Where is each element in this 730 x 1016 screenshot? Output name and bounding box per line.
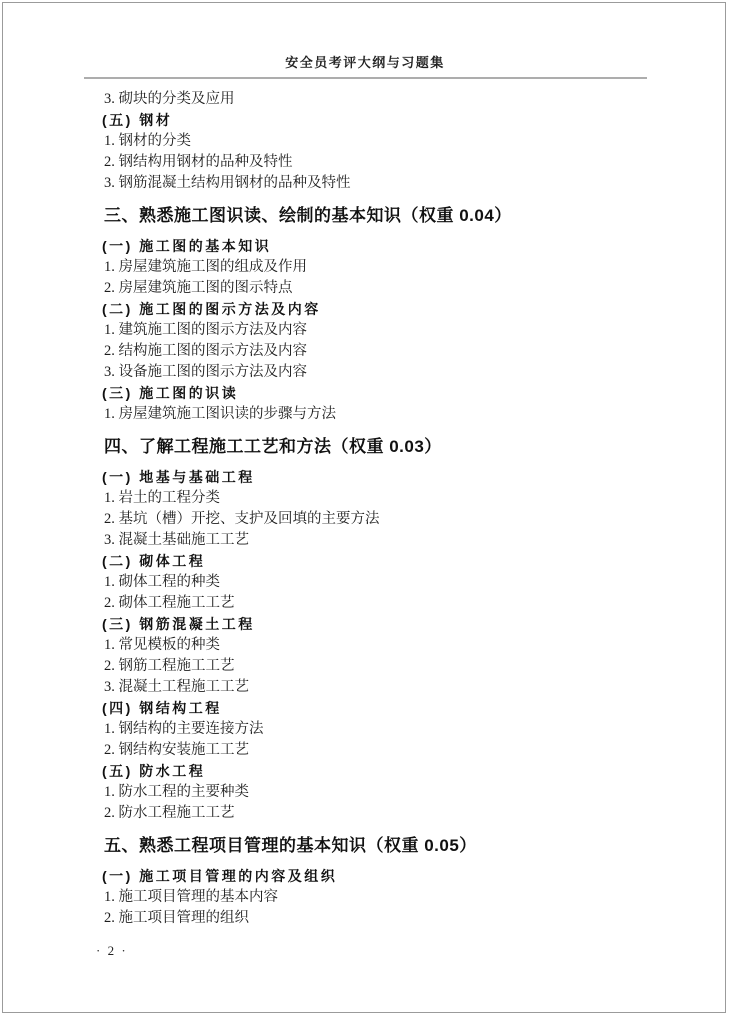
toc-subheading: (二) 施工图的图示方法及内容 <box>102 299 652 320</box>
toc-section-heading: 三、熟悉施工图识读、绘制的基本知识（权重 0.04） <box>104 205 652 226</box>
book-page: 安全员考评大纲与习题集 3. 砌块的分类及应用 (五) 钢材 1. 钢材的分类 … <box>0 0 730 1016</box>
toc-section-heading: 四、了解工程施工工艺和方法（权重 0.03） <box>104 436 652 457</box>
toc-item: 1. 建筑施工图的图示方法及内容 <box>104 320 652 341</box>
page-number: · 2 · <box>96 940 128 961</box>
toc-item: 1. 砌体工程的种类 <box>104 572 652 593</box>
running-header-title: 安全员考评大纲与习题集 <box>0 54 730 72</box>
toc-item: 1. 岩土的工程分类 <box>104 488 652 509</box>
toc-item: 2. 钢筋工程施工工艺 <box>104 656 652 677</box>
toc-item: 1. 常见模板的种类 <box>104 635 652 656</box>
toc-subheading: (五) 防水工程 <box>102 761 652 782</box>
toc-item: 1. 钢材的分类 <box>104 131 652 152</box>
toc-subheading: (四) 钢结构工程 <box>102 698 652 719</box>
toc-subheading: (一) 施工图的基本知识 <box>102 236 652 257</box>
toc-item: 2. 防水工程施工工艺 <box>104 803 652 824</box>
toc-item: 2. 施工项目管理的组织 <box>104 908 652 929</box>
toc-item: 1. 房屋建筑施工图的组成及作用 <box>104 257 652 278</box>
toc-item: 3. 设备施工图的图示方法及内容 <box>104 362 652 383</box>
toc-item: 2. 房屋建筑施工图的图示特点 <box>104 278 652 299</box>
toc-item: 1. 钢结构的主要连接方法 <box>104 719 652 740</box>
toc-item: 3. 混凝土工程施工工艺 <box>104 677 652 698</box>
header-rule <box>84 77 647 79</box>
toc-item: 3. 砌块的分类及应用 <box>104 89 652 110</box>
outline-content: 3. 砌块的分类及应用 (五) 钢材 1. 钢材的分类 2. 钢结构用钢材的品种… <box>0 89 730 929</box>
toc-item: 1. 房屋建筑施工图识读的步骤与方法 <box>104 404 652 425</box>
toc-subheading: (三) 钢筋混凝土工程 <box>102 614 652 635</box>
toc-subheading: (一) 施工项目管理的内容及组织 <box>102 866 652 887</box>
toc-item: 1. 施工项目管理的基本内容 <box>104 887 652 908</box>
toc-item: 3. 混凝土基础施工工艺 <box>104 530 652 551</box>
toc-item: 2. 钢结构用钢材的品种及特性 <box>104 152 652 173</box>
toc-item: 2. 砌体工程施工工艺 <box>104 593 652 614</box>
toc-item: 3. 钢筋混凝土结构用钢材的品种及特性 <box>104 173 652 194</box>
toc-section-heading: 五、熟悉工程项目管理的基本知识（权重 0.05） <box>104 835 652 856</box>
toc-item: 2. 钢结构安装施工工艺 <box>104 740 652 761</box>
toc-subheading: (五) 钢材 <box>102 110 652 131</box>
toc-subheading: (三) 施工图的识读 <box>102 383 652 404</box>
toc-item: 2. 基坑（槽）开挖、支护及回填的主要方法 <box>104 509 652 530</box>
toc-item: 1. 防水工程的主要种类 <box>104 782 652 803</box>
toc-item: 2. 结构施工图的图示方法及内容 <box>104 341 652 362</box>
toc-subheading: (二) 砌体工程 <box>102 551 652 572</box>
toc-subheading: (一) 地基与基础工程 <box>102 467 652 488</box>
